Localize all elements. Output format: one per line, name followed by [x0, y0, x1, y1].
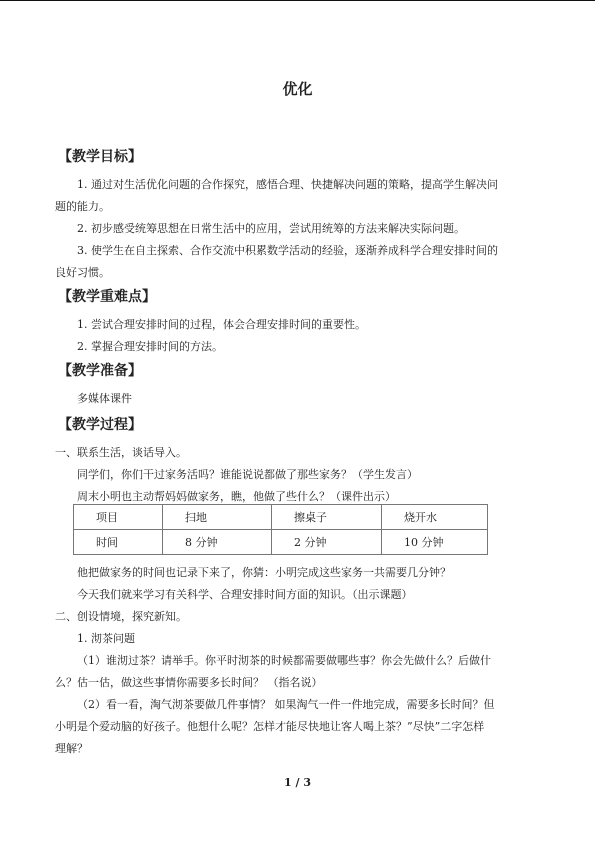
key-point-1: 1. 尝试合理安排时间的过程，体会合理安排时间的重要性。	[77, 318, 366, 332]
key-point-2: 2. 掌握合理安排时间的方法。	[77, 340, 223, 354]
process-subheading: 1. 沏茶问题	[77, 632, 135, 646]
process-paragraph: 今天我们就来学习有关科学、合理安排时间方面的知识。（出示课题）	[77, 588, 413, 602]
table-row: 时间 8 分钟 2 分钟 10 分钟	[74, 530, 488, 555]
process-step-2-title: 二、创设情境，探究新知。	[55, 610, 187, 624]
section-heading-preparation: 【教学准备】	[58, 360, 142, 380]
process-paragraph: 他把做家务的时间也记录下来了，你猜：小明完成这些家务一共需要几分钟？	[77, 566, 451, 580]
section-heading-key-points: 【教学重难点】	[58, 286, 156, 306]
table-cell: 8 分钟	[163, 530, 272, 555]
goal-line-1: 1. 通过对生活优化问题的合作探究，感悟合理、快捷解决问题的策略，提高学生解决问	[77, 178, 498, 192]
table-cell: 10 分钟	[382, 530, 488, 555]
table-cell: 时间	[74, 530, 163, 555]
process-paragraph: 周末小明也主动帮妈妈做家务，瞧，他做了些什么？（课件出示）	[77, 490, 396, 504]
process-paragraph: （1）谁沏过茶？请举手。你平时沏茶的时候都需要做哪些事？你会先做什么？后做什	[77, 654, 491, 668]
process-step-1-title: 一、联系生活，谈话导入。	[55, 446, 187, 460]
process-paragraph: 同学们，你们干过家务活吗？谁能说说都做了那些家务？（学生发言）	[77, 468, 418, 482]
chores-time-table: 项目 扫地 擦桌子 烧开水 时间 8 分钟 2 分钟 10 分钟	[73, 504, 488, 555]
process-paragraph: 么？估一估，做这些事情你需要多长时间？ （指名说）	[55, 676, 323, 690]
goal-line-3: 3. 使学生在自主探索、合作交流中积累数学活动的经验，逐渐养成科学合理安排时间的	[77, 244, 498, 258]
process-paragraph: 小明是个爱动脑的好孩子。他想什么呢？怎样才能尽快地让客人喝上茶？”尽快”二字怎样	[55, 720, 484, 734]
section-heading-process: 【教学过程】	[58, 414, 142, 434]
table-cell: 项目	[74, 505, 163, 530]
table-cell: 扫地	[163, 505, 272, 530]
process-paragraph: （2）看一看，淘气沏茶要做几件事情？ 如果淘气一件一件地完成，需要多长时间？但	[77, 698, 495, 712]
table-cell: 烧开水	[382, 505, 488, 530]
goal-line-1-cont: 题的能力。	[55, 200, 110, 214]
page-top-border	[0, 0, 595, 1]
section-heading-goals: 【教学目标】	[58, 146, 142, 166]
goal-line-3-cont: 良好习惯。	[55, 266, 110, 280]
goal-line-2: 2. 初步感受统筹思想在日常生活中的应用，尝试用统筹的方法来解决实际问题。	[77, 222, 465, 236]
table-cell: 2 分钟	[272, 530, 382, 555]
preparation-item: 多媒体课件	[77, 392, 132, 406]
table-cell: 擦桌子	[272, 505, 382, 530]
process-paragraph: 理解？	[55, 742, 88, 756]
table-row: 项目 扫地 擦桌子 烧开水	[74, 505, 488, 530]
document-title: 优化	[0, 78, 595, 99]
page-indicator: 1 / 3	[0, 776, 595, 789]
